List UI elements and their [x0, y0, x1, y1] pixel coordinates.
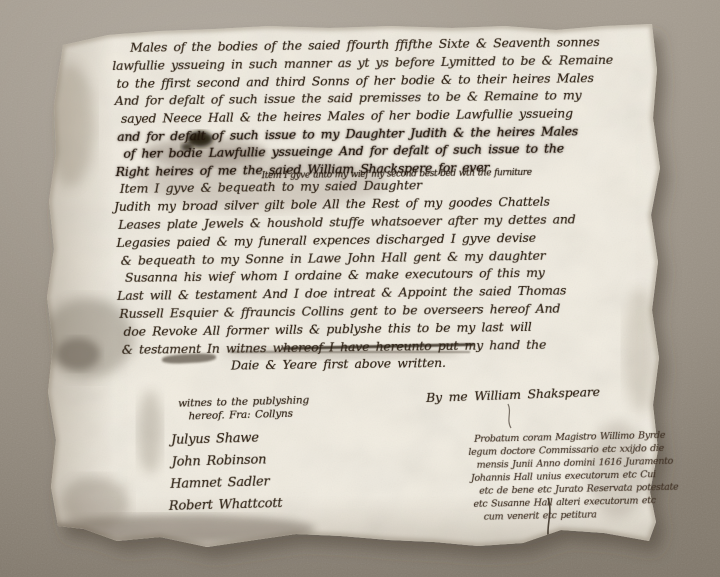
stain [138, 390, 162, 474]
will-text-line: Daie & Yeare first above written. [231, 355, 446, 375]
witness-signature: Hamnet Sadler [170, 474, 270, 492]
witness-signature: John Robinson [171, 452, 266, 469]
probate-note-line: cum venerit etc petitura [484, 509, 597, 524]
witness-signature: Julyus Shawe [171, 431, 259, 448]
manuscript-photo: Males of the bodies of the saied ffourth… [0, 0, 720, 577]
stain [61, 477, 129, 529]
strikethrough-mark [230, 351, 470, 353]
will-text-block: Males of the bodies of the saied ffourth… [112, 33, 676, 380]
stain [56, 338, 100, 370]
witness-signature: Robert Whattcott [169, 496, 283, 514]
